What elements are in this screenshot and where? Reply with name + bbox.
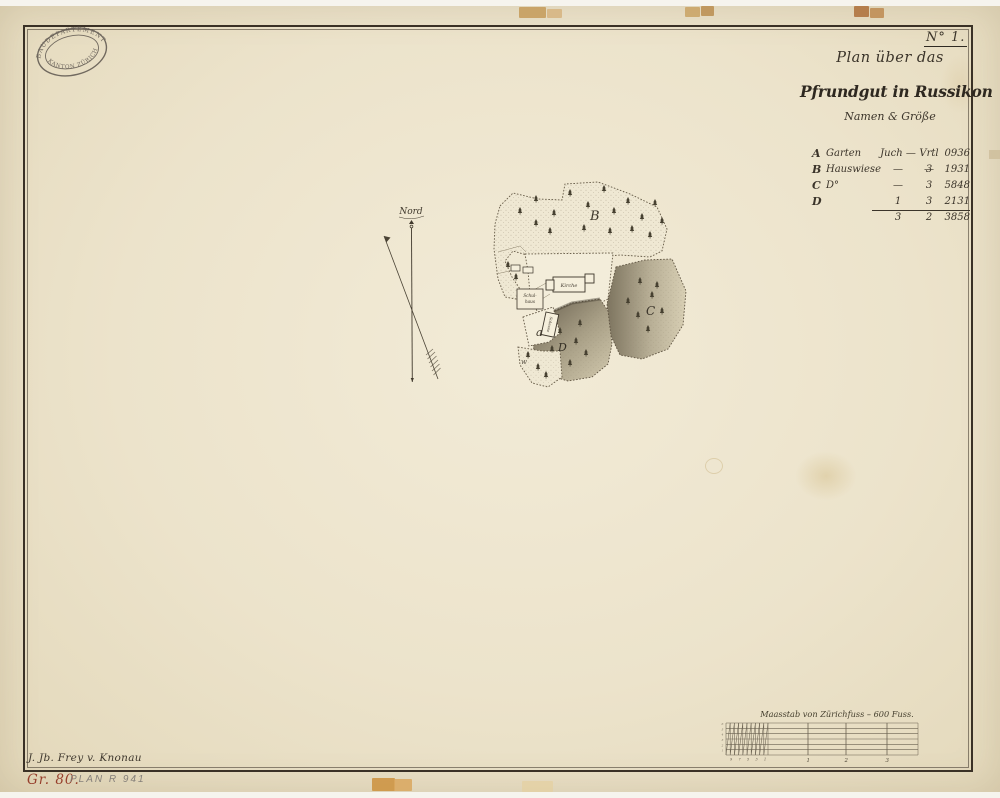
svg-text:4: 4: [721, 733, 724, 737]
parcel-w-label: w: [521, 358, 527, 366]
total-juch: 3: [878, 210, 918, 226]
parcel-b-label: B: [589, 209, 600, 224]
row-vrtl: Vrtl —: [918, 146, 940, 162]
svg-text:2: 2: [844, 758, 849, 764]
church-label: Kirche: [560, 283, 578, 289]
table-row: A Garten Juch — Vrtl — 0936: [812, 146, 970, 162]
row-name: Garten: [826, 146, 878, 162]
stain: [705, 458, 723, 474]
row-juch: —: [878, 178, 918, 194]
row-letter: [812, 210, 826, 226]
svg-text:9: 9: [730, 758, 733, 762]
row-name: [826, 210, 878, 226]
row-juch: 1: [878, 194, 918, 210]
svg-text:KANTON ZÜRICH: KANTON ZÜRICH: [46, 46, 103, 76]
row-vrtl: 3: [918, 194, 940, 210]
svg-text:7: 7: [739, 758, 742, 762]
row-value: 5848: [940, 178, 970, 194]
svg-text:5: 5: [722, 727, 724, 731]
parcel-d-label: D: [557, 341, 567, 354]
row-letter: A: [812, 146, 826, 162]
edge-tear: [989, 150, 1000, 159]
table-row: B Hauswiese — 3 1931: [812, 162, 970, 178]
svg-text:3: 3: [722, 738, 724, 742]
tape-mark: [372, 778, 395, 791]
row-name: [826, 194, 878, 210]
tape-mark: [685, 7, 700, 17]
table-total-row: 3 2 3858: [812, 210, 970, 226]
svg-text:2: 2: [721, 743, 724, 747]
tape-mark: [854, 6, 869, 17]
scale-minor-numbers: 9 7 5 3 1: [730, 758, 766, 762]
stamp-text-bottom: KANTON ZÜRICH: [46, 46, 103, 76]
svg-text:3: 3: [886, 758, 890, 764]
scale-grid: [726, 723, 918, 755]
paper-sheet: BAUDEPARTEMENT KANTON ZÜRICH N° 1. Plan …: [0, 6, 1000, 792]
row-letter: C: [812, 178, 826, 194]
outbuilding-label-1: Schul-: [523, 293, 537, 298]
area-table: A Garten Juch — Vrtl — 0936 B Hauswiese …: [812, 146, 970, 226]
row-name: Hauswiese: [826, 162, 878, 178]
arrow-feather: [426, 349, 441, 375]
row-name: D°: [826, 178, 878, 194]
tape-mark: [547, 9, 562, 18]
total-value: 3858: [940, 210, 970, 226]
map-border-frame: [23, 25, 973, 772]
north-arrow: Nord: [375, 199, 455, 394]
total-vrtl: 2: [918, 210, 940, 226]
row-value: 2131: [940, 194, 970, 210]
plan-number: N° 1.: [924, 30, 967, 47]
archive-mark-pencil: PLAN R 941: [70, 774, 146, 785]
table-row: D 1 3 2131: [812, 194, 970, 210]
parcel-a-label: a: [536, 326, 543, 339]
stain: [795, 451, 857, 501]
svg-text:1: 1: [764, 758, 766, 762]
page-title: Pfrundgut in Russikon: [800, 82, 980, 101]
surveyor-signature: J. Jb. Frey v. Knonau: [28, 752, 142, 764]
tape-mark: [394, 779, 412, 791]
sum-divider: [872, 210, 970, 211]
outbuilding-label-2: haus: [525, 299, 535, 304]
scale-major-numbers: 1 2 3: [807, 758, 890, 764]
outbuilding-label-box: Schul- haus: [517, 289, 543, 309]
baudepartement-stamp-icon: BAUDEPARTEMENT KANTON ZÜRICH: [24, 11, 121, 93]
subtitle-namen-groesse: Namen & Größe: [805, 110, 975, 123]
scanned-plan-page: BAUDEPARTEMENT KANTON ZÜRICH N° 1. Plan …: [0, 0, 1000, 798]
map-border-frame-inner: [27, 29, 969, 768]
svg-text:6: 6: [722, 722, 724, 726]
row-juch: —: [878, 162, 918, 178]
svg-text:5: 5: [747, 758, 749, 762]
row-value: 1931: [940, 162, 970, 178]
tape-mark: [522, 781, 553, 792]
estate-map: Kirche Schul- haus Scheune: [490, 174, 700, 394]
parcel-c-label: C: [646, 304, 655, 318]
north-label: Nord: [398, 207, 423, 217]
row-vrtl: 3: [918, 162, 940, 178]
row-letter: B: [812, 162, 826, 178]
svg-text:3: 3: [756, 758, 758, 762]
scale-bar: Maasstab von Zürichfuss – 600 Fuss.: [705, 704, 920, 766]
scale-title: Maasstab von Zürichfuss – 600 Fuss.: [759, 709, 914, 719]
scale-row-numbers: 6 5 4 3 2 1: [721, 722, 724, 753]
tape-mark: [701, 6, 714, 16]
tape-mark: [519, 7, 546, 18]
svg-text:1: 1: [807, 758, 810, 764]
spur-shape: [518, 347, 562, 387]
title-prefix: Plan über das: [805, 50, 975, 66]
row-juch: Juch —: [878, 146, 918, 162]
svg-text:1: 1: [722, 749, 724, 753]
row-vrtl: 3: [918, 178, 940, 194]
tape-mark: [870, 8, 884, 18]
table-row: C D° — 3 5848: [812, 178, 970, 194]
row-value: 0936: [940, 146, 970, 162]
row-letter: D: [812, 194, 826, 210]
